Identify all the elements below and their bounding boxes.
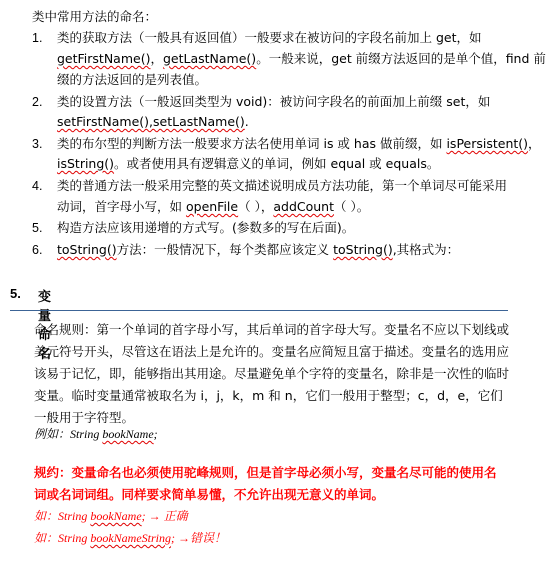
- item-text-line: 类的获取方法（一般具有返回值）一般要求在被访问的字段名前加上 get，如: [57, 28, 482, 48]
- correct-example: 如：String bookName; → 正确: [34, 506, 188, 526]
- code-identifier: toString(): [57, 242, 117, 257]
- heading-divider: [10, 310, 508, 311]
- code-identifier: getLastName(): [163, 51, 256, 66]
- convention-line: 词或名词词组。同样要求简单易懂，不允许出现无意义的单词。: [34, 485, 384, 505]
- code-identifier: bookNameString: [90, 531, 171, 545]
- code-identifier: isPersistent(): [446, 136, 528, 151]
- list-number: 6.: [32, 240, 42, 260]
- item-text-line: toString()方法：一般情况下，每个类都应该定义 toString(),其…: [57, 240, 459, 260]
- list-number: 1.: [32, 28, 42, 48]
- paragraph-line: 该易于记忆，即，能够指出其用途。尽量避免单个字符的变量名，除非是一次性的临时: [34, 364, 509, 384]
- convention-line: 规约：变量命名也必须使用驼峰规则，但是首字母必须小写，变量名尽可能的使用名: [34, 463, 497, 483]
- paragraph-line: 美元符号开头，尽管这在语法上是允许的。变量名应简短且富于描述。变量名的选用应: [34, 342, 509, 362]
- item-text-line: isString()。或者使用具有逻辑意义的单词，例如 equal 或 equa…: [57, 154, 439, 174]
- item-text-line: 类的设置方法（一般返回类型为 void)：被访问字段名的前面加上前缀 set，如: [57, 92, 490, 112]
- code-identifier: bookName: [90, 509, 141, 523]
- list-number: 5.: [32, 218, 42, 238]
- item-text-line: 类的普通方法一般采用完整的英文描述说明成员方法功能，第一个单词尽可能采用: [57, 176, 507, 196]
- list-number: 3.: [32, 134, 42, 154]
- methods-naming-title: 类中常用方法的命名：: [32, 7, 157, 27]
- item-text-line: getFirstName()，getLastName()。一般来说，get 前缀…: [57, 49, 546, 69]
- section-heading: 5. 变量命名: [10, 286, 21, 302]
- example-line: 例如：String bookName;: [34, 424, 158, 444]
- code-identifier: toString(): [333, 242, 393, 257]
- item-text-line: 构造方法应该用递增的方式写。(参数多的写在后面)。: [57, 218, 354, 238]
- code-identifier: isString(): [57, 156, 114, 171]
- code-identifier: bookName: [102, 427, 153, 441]
- paragraph-line: 命名规则：第一个单词的首字母小写，其后单词的首字母大写。变量名不应以下划线或: [34, 320, 509, 340]
- item-text-line: 类的布尔型的判断方法一般要求方法名使用单词 is 或 has 做前缀，如 isP…: [57, 134, 541, 154]
- item-text-line: 缀的方法返回的是列表值。: [57, 70, 207, 90]
- code-identifier: addCount: [273, 199, 334, 214]
- code-identifier: openFile: [186, 199, 238, 214]
- item-text-line: setFirstName(),setLastName().: [57, 112, 249, 132]
- list-number: 2.: [32, 92, 42, 112]
- section-number: 5.: [10, 286, 21, 301]
- item-text-line: 动词，首字母小写，如 openFile（ ），addCount（ ）。: [57, 197, 369, 217]
- code-identifier: setFirstName(),setLastName(): [57, 114, 245, 129]
- code-identifier: getFirstName(): [57, 51, 150, 66]
- paragraph-line: 变量。临时变量通常被取名为 i，j，k，m 和 n，它们一般用于整型；c，d，e…: [34, 386, 503, 406]
- wrong-example: 如：String bookNameString; →错误！: [34, 528, 226, 548]
- list-number: 4.: [32, 176, 42, 196]
